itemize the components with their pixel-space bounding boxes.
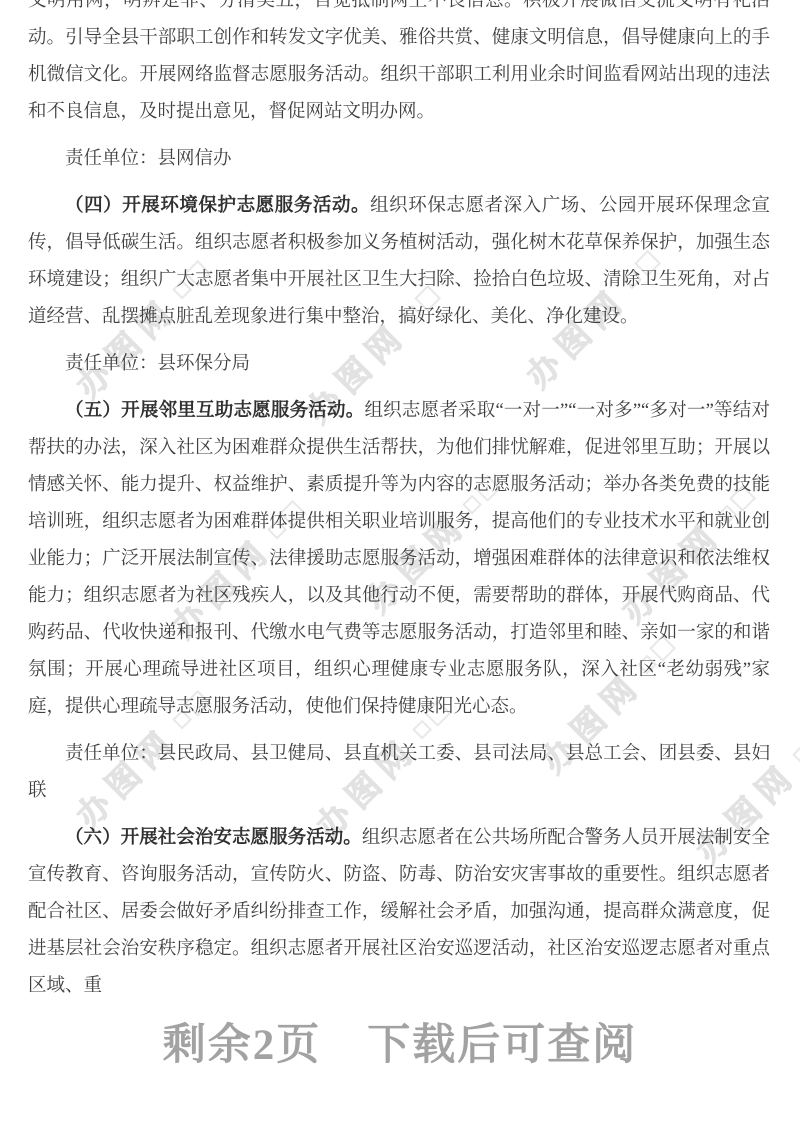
remaining-pages-label: 剩余2页 xyxy=(163,1022,322,1069)
document-content: 文明用网，明辨是非、分清美丑，自觉抵制网上不良信息。积极开展微信交流文明有礼活动… xyxy=(28,0,770,1005)
section-heading: （六）开展社会治安志愿服务活动。 xyxy=(65,828,362,848)
body-paragraph: 文明用网，明辨是非、分清美丑，自觉抵制网上不良信息。积极开展微信交流文明有礼活动… xyxy=(28,0,770,131)
paragraph-text: 责任单位：县民政局、县卫健局、县直机关工委、县司法局、县总工会、团县委、县妇联 xyxy=(28,744,770,801)
paragraph-text: 组织志愿者在公共场所配合警务人员开展法制安全宣传教育、咨询服务活动，宣传防火、防… xyxy=(28,828,770,996)
responsibility-line: 责任单位：县网信办 xyxy=(28,141,770,178)
preview-banner: 剩余2页下载后可查阅 xyxy=(0,1019,800,1073)
responsibility-line: 责任单位：县环保分局 xyxy=(28,346,770,383)
download-hint-label: 下载后可查阅 xyxy=(367,1022,637,1069)
section-heading: （五）开展邻里互助志愿服务活动。 xyxy=(65,401,364,421)
paragraph-text: 责任单位：县环保分局 xyxy=(65,354,250,374)
paragraph-text: 责任单位：县网信办 xyxy=(65,149,232,169)
section-paragraph: （六）开展社会治安志愿服务活动。组织志愿者在公共场所配合警务人员开展法制安全宣传… xyxy=(28,820,770,1005)
section-paragraph: （四）开展环境保护志愿服务活动。组织环保志愿者深入广场、公园开展环保理念宣传，倡… xyxy=(28,188,770,336)
document-page: 办图网办图网办图网办图网办图网办图网办图网办图网办图网办图网 文明用网，明辨是非… xyxy=(0,0,800,1124)
paragraph-text: 文明用网，明辨是非、分清美丑，自觉抵制网上不良信息。积极开展微信交流文明有礼活动… xyxy=(28,0,770,122)
section-paragraph: （五）开展邻里互助志愿服务活动。组织志愿者采取“一对一”“一对多”“多对一”等结… xyxy=(28,393,770,726)
responsibility-line: 责任单位：县民政局、县卫健局、县直机关工委、县司法局、县总工会、团县委、县妇联 xyxy=(28,736,770,810)
section-heading: （四）开展环境保护志愿服务活动。 xyxy=(65,196,370,216)
watermark-diamond-icon xyxy=(792,744,800,764)
paragraph-text: 组织志愿者采取“一对一”“一对多”“多对一”等结对帮扶的办法，深入社区为困难群众… xyxy=(28,401,770,717)
